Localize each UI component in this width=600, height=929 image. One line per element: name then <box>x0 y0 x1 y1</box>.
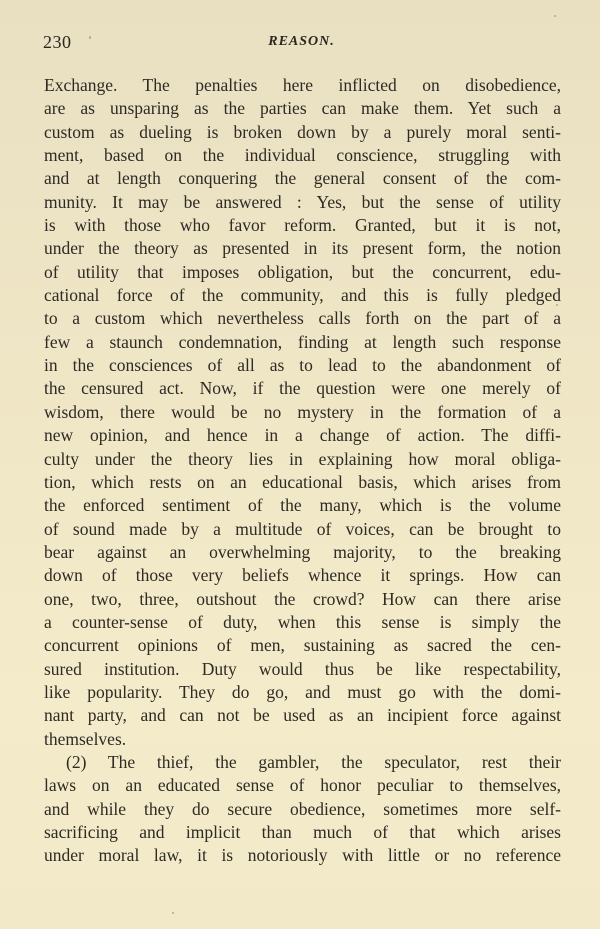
text-line: like popularity. They do go, and must go… <box>44 681 561 704</box>
text-line: under the theory as presented in its pre… <box>44 237 561 260</box>
text-line: is with those who favor reform. Granted,… <box>44 214 561 237</box>
text-line: Exchange. The penalties here inflicted o… <box>44 74 561 97</box>
text-line: ment, based on the individual conscience… <box>44 144 561 167</box>
text-line: down of those very beliefs whence it spr… <box>44 564 561 587</box>
paper-speck <box>554 15 556 17</box>
text-line: a counter-sense of duty, when this sense… <box>44 611 561 634</box>
text-line: bear against an overwhelming majority, t… <box>44 541 561 564</box>
paragraph-start-line: (2) The thief, the gambler, the speculat… <box>44 751 561 774</box>
text-line: one, two, three, outshout the crowd? How… <box>44 588 561 611</box>
text-line: culty under the theory lies in explainin… <box>44 448 561 471</box>
text-line: sacrificing and implicit than much of th… <box>44 821 561 844</box>
text-line: concurrent opinions of men, sustaining a… <box>44 634 561 657</box>
text-line: under moral law, it is notoriously with … <box>44 844 561 867</box>
text-line: cational force of the community, and thi… <box>44 284 561 307</box>
text-line: the enforced sentiment of the many, whic… <box>44 494 561 517</box>
text-line: in the consciences of all as to lead to … <box>44 354 561 377</box>
paragraph-end-line: themselves. <box>44 728 561 751</box>
text-line: of sound made by a multitude of voices, … <box>44 518 561 541</box>
running-head: 230 REASON. <box>43 32 560 56</box>
text-line: are as unsparing as the parties can make… <box>44 97 561 120</box>
text-line: tion, which rests on an educational basi… <box>44 471 561 494</box>
text-line: sured institution. Duty would thus be li… <box>44 658 561 681</box>
paper-speck <box>556 304 558 306</box>
text-line: few a staunch condemnation, finding at l… <box>44 331 561 354</box>
text-line: to a custom which nevertheless calls for… <box>44 307 561 330</box>
text-line: new opinion, and hence in a change of ac… <box>44 424 561 447</box>
text-line: custom as dueling is broken down by a pu… <box>44 121 561 144</box>
paper-speck <box>89 36 91 39</box>
text-line: and while they do secure obedience, some… <box>44 798 561 821</box>
text-line: the censured act. Now, if the question w… <box>44 377 561 400</box>
book-page: 230 REASON. Exchange. The penalties here… <box>0 0 600 929</box>
text-line: of utility that imposes obligation, but … <box>44 261 561 284</box>
text-line: laws on an educated sense of honor pecul… <box>44 774 561 797</box>
paper-speck <box>172 912 174 914</box>
text-line: munity. It may be answered : Yes, but th… <box>44 191 561 214</box>
body-text: Exchange. The penalties here inflicted o… <box>44 74 561 868</box>
text-line: wisdom, there would be no mystery in the… <box>44 401 561 424</box>
text-line: nant party, and can not be used as an in… <box>44 704 561 727</box>
text-line: and at length conquering the general con… <box>44 167 561 190</box>
running-title: REASON. <box>43 34 560 50</box>
